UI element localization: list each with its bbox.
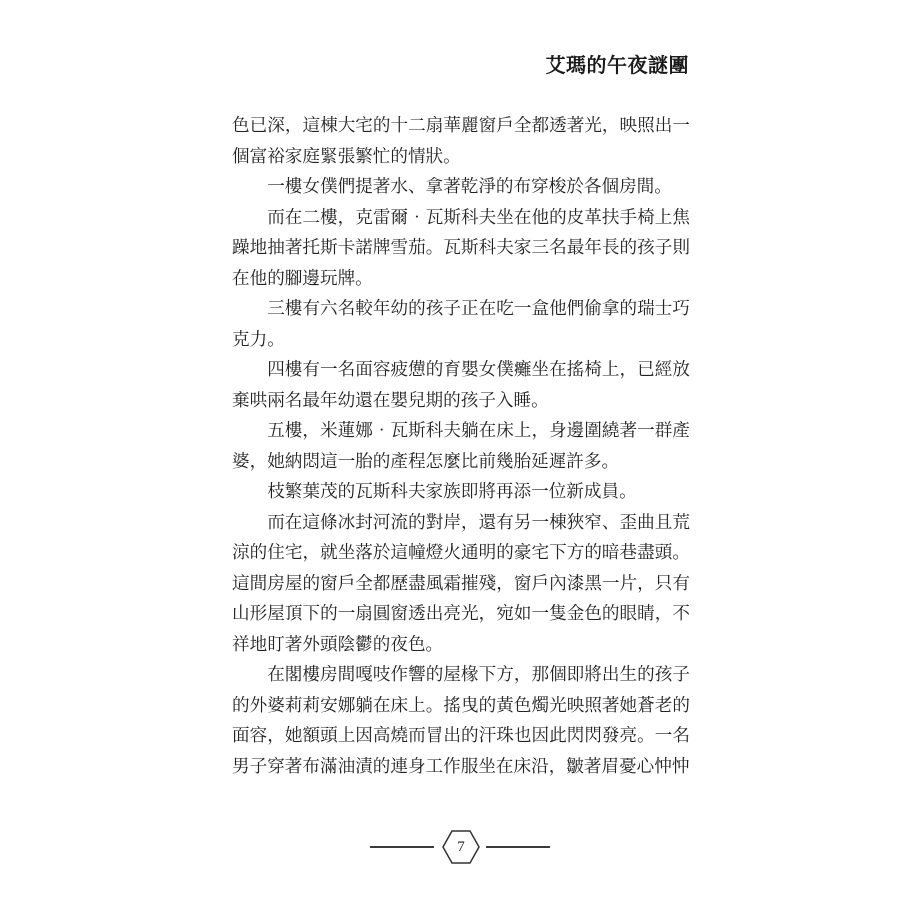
text-line: 在閣樓房間嘎吱作響的屋椽下方，那個即將出生的孩子 [232, 659, 690, 690]
footer-left-rule [370, 846, 434, 848]
paragraph: 四樓有一名面容疲憊的育嬰女僕癱坐在搖椅上，已經放棄哄兩名最年幼還在嬰兒期的孩子入… [232, 354, 690, 415]
text-line: 婆，她納悶這一胎的產程怎麼比前幾胎延遲許多。 [232, 446, 690, 477]
page-body: 色已深，這棟大宅的十二扇華麗窗戶全都透著光，映照出一個富裕家庭緊張繁忙的情狀。一… [232, 110, 690, 781]
page-number: 7 [442, 828, 480, 866]
text-line: 棄哄兩名最年幼還在嬰兒期的孩子入睡。 [232, 385, 690, 416]
running-head-title: 艾瑪的午夜謎團 [546, 49, 690, 78]
text-line: 而在這條冰封河流的對岸，還有另一棟狹窄、歪曲且荒 [232, 507, 690, 538]
text-line: 四樓有一名面容疲憊的育嬰女僕癱坐在搖椅上，已經放 [232, 354, 690, 385]
paragraph: 三樓有六名較年幼的孩子正在吃一盒他們偷拿的瑞士巧克力。 [232, 293, 690, 354]
text-line: 枝繁葉茂的瓦斯科夫家族即將再添一位新成員。 [232, 476, 690, 507]
paragraph: 五樓，米蓮娜‧瓦斯科夫躺在床上，身邊圍繞著一群產婆，她納悶這一胎的產程怎麼比前幾… [232, 415, 690, 476]
text-line: 五樓，米蓮娜‧瓦斯科夫躺在床上，身邊圍繞著一群產 [232, 415, 690, 446]
text-line: 個富裕家庭緊張繁忙的情狀。 [232, 141, 690, 172]
paragraph: 色已深，這棟大宅的十二扇華麗窗戶全都透著光，映照出一個富裕家庭緊張繁忙的情狀。 [232, 110, 690, 171]
text-line: 克力。 [232, 324, 690, 355]
text-line: 山形屋頂下的一扇圓窗透出亮光，宛如一隻金色的眼睛，不 [232, 598, 690, 629]
text-line: 而在二樓，克雷爾‧瓦斯科夫坐在他的皮革扶手椅上焦 [232, 202, 690, 233]
text-line: 色已深，這棟大宅的十二扇華麗窗戶全都透著光，映照出一 [232, 110, 690, 141]
text-line: 祥地盯著外頭陰鬱的夜色。 [232, 629, 690, 660]
text-line: 三樓有六名較年幼的孩子正在吃一盒他們偷拿的瑞士巧 [232, 293, 690, 324]
text-line: 在他的腳邊玩牌。 [232, 263, 690, 294]
text-line: 涼的住宅，就坐落於這幢燈火通明的豪宅下方的暗巷盡頭。 [232, 537, 690, 568]
paragraph: 而在二樓，克雷爾‧瓦斯科夫坐在他的皮革扶手椅上焦躁地抽著托斯卡諾牌雪茄。瓦斯科夫… [232, 202, 690, 294]
paragraph: 枝繁葉茂的瓦斯科夫家族即將再添一位新成員。 [232, 476, 690, 507]
footer-right-rule [486, 846, 550, 848]
paragraph: 一樓女僕們提著水、拿著乾淨的布穿梭於各個房間。 [232, 171, 690, 202]
text-line: 這間房屋的窗戶全都歷盡風霜摧殘，窗戶內漆黑一片，只有 [232, 568, 690, 599]
text-line: 一樓女僕們提著水、拿著乾淨的布穿梭於各個房間。 [232, 171, 690, 202]
text-line: 面容，她額頭上因高燒而冒出的汗珠也因此閃閃發亮。一名 [232, 720, 690, 751]
paragraph: 在閣樓房間嘎吱作響的屋椽下方，那個即將出生的孩子的外婆莉莉安娜躺在床上。搖曳的黃… [232, 659, 690, 781]
page-footer: 7 [10, 828, 900, 866]
text-line: 躁地抽著托斯卡諾牌雪茄。瓦斯科夫家三名最年長的孩子則 [232, 232, 690, 263]
hexagon-page-number-frame: 7 [442, 828, 480, 866]
paragraph: 而在這條冰封河流的對岸，還有另一棟狹窄、歪曲且荒涼的住宅，就坐落於這幢燈火通明的… [232, 507, 690, 660]
text-line: 男子穿著布滿油漬的連身工作服坐在床沿，皺著眉憂心忡忡 [232, 751, 690, 782]
text-line: 的外婆莉莉安娜躺在床上。搖曳的黃色燭光映照著她蒼老的 [232, 690, 690, 721]
